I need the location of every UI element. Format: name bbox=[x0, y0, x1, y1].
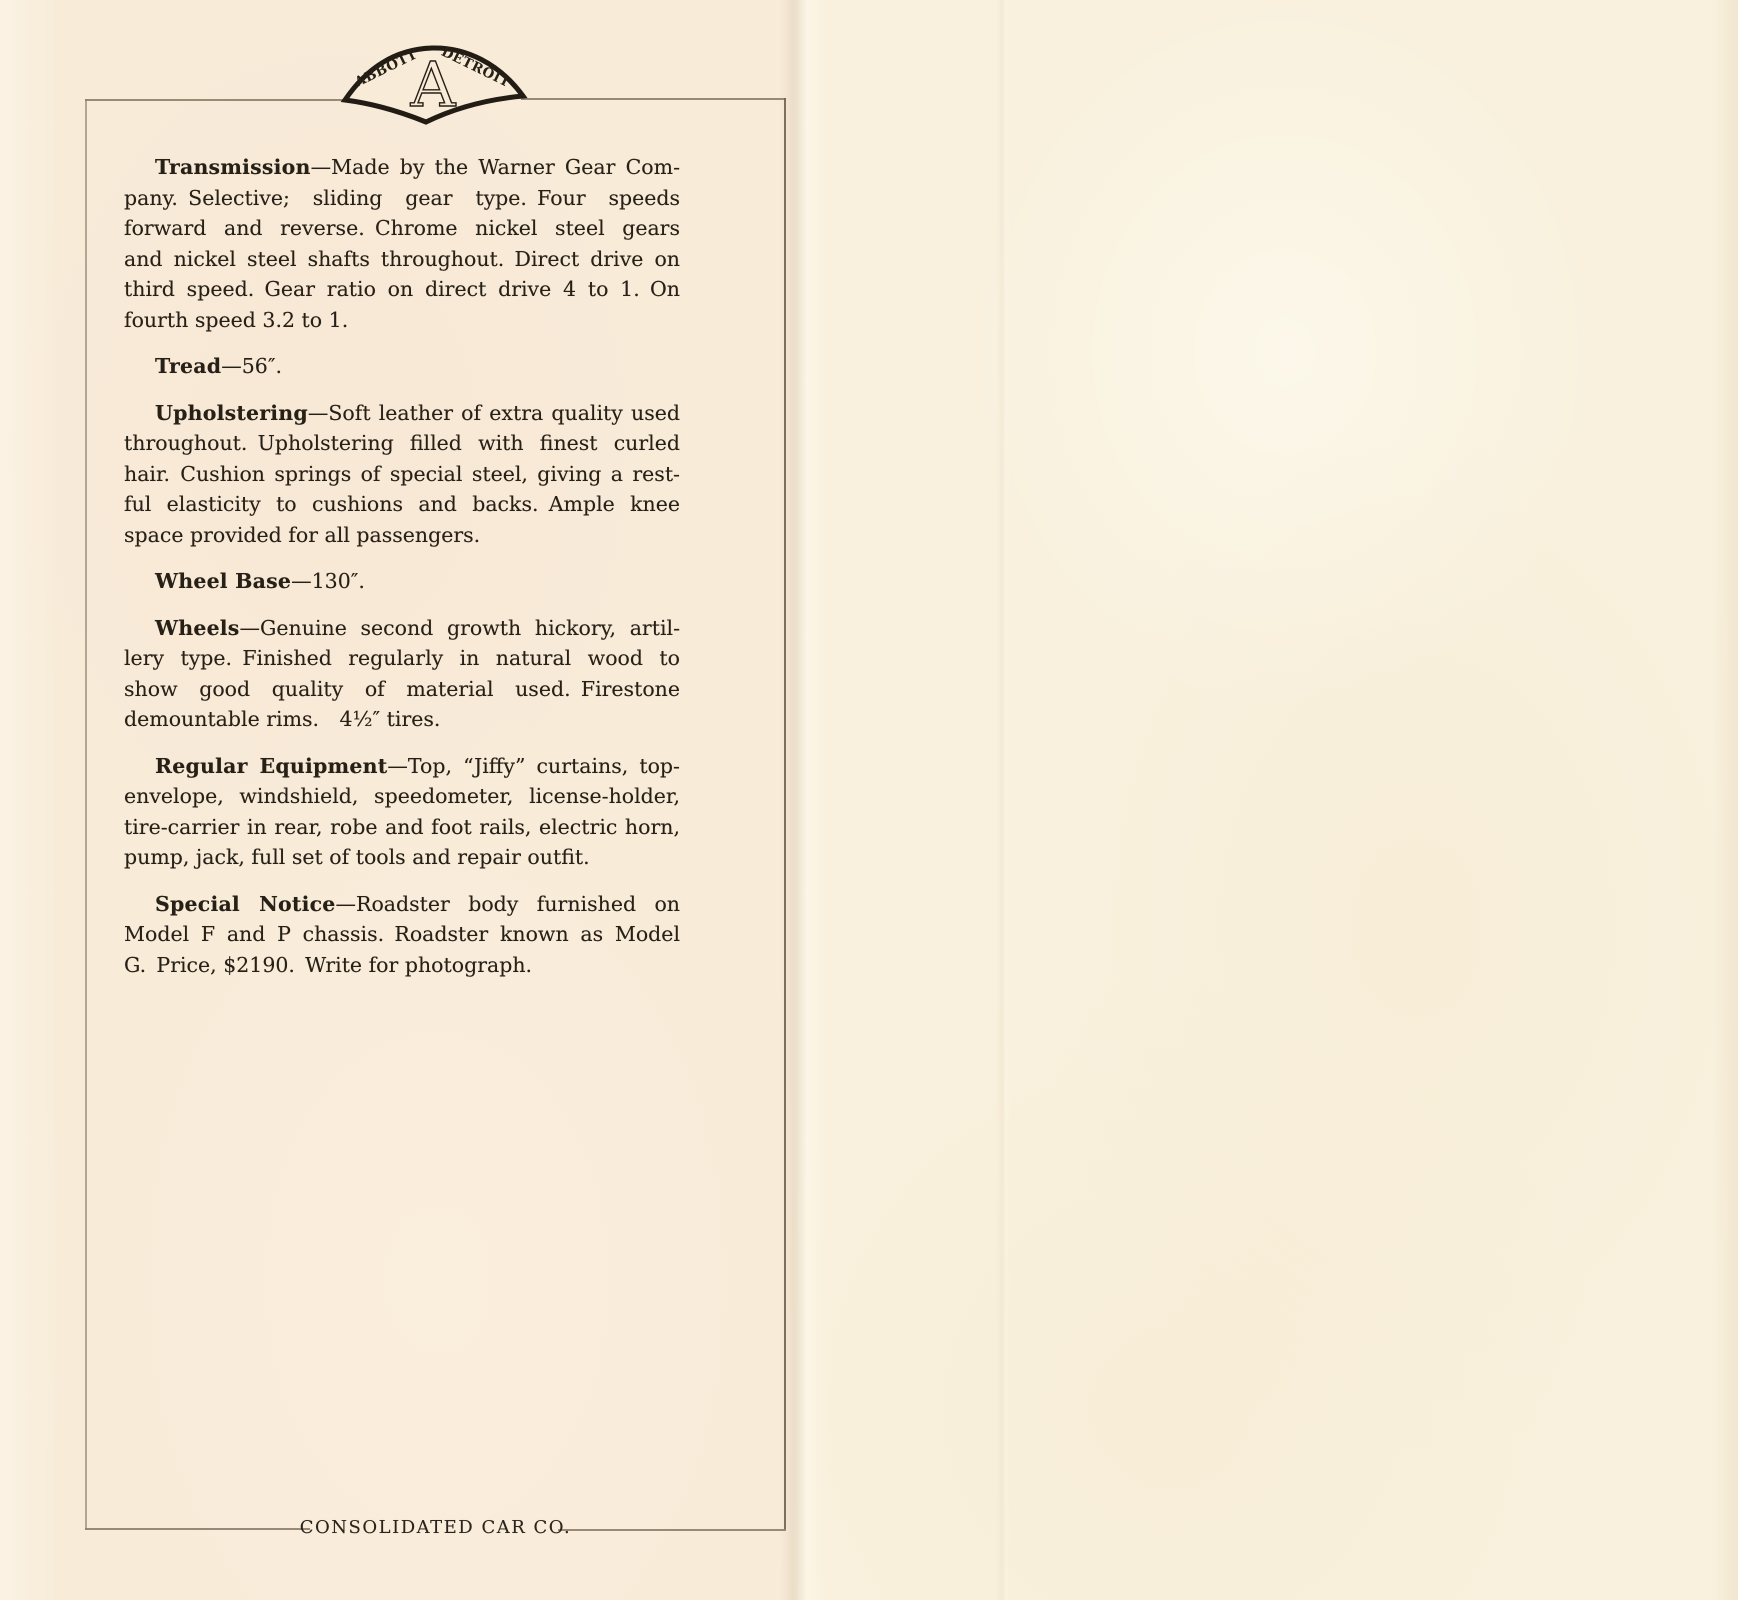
spec-line: throughout. Upholstering filled with fin… bbox=[124, 428, 680, 459]
spec-heading: Wheels bbox=[155, 616, 240, 640]
spec-line: pump, jack, full set of tools and repair… bbox=[124, 842, 680, 873]
abbott-detroit-logo: A ABBOTT DETROIT bbox=[340, 42, 528, 126]
spec-paragraph: Upholstering—Soft leather of extra quali… bbox=[124, 398, 680, 551]
spec-heading: Wheel Base bbox=[155, 569, 291, 593]
frame-rule-left bbox=[85, 99, 87, 1530]
spec-line: demountable rims. 4½″ tires. bbox=[124, 704, 680, 735]
spec-paragraph: Special Notice—Roadster body furnished o… bbox=[124, 889, 680, 981]
frame-rule-top-right bbox=[521, 98, 786, 100]
spec-line: Regular Equipment—Top, “Jiffy” curtains,… bbox=[124, 751, 680, 782]
frame-rule-top-left bbox=[85, 99, 347, 101]
spec-line: envelope, windshield, speedometer, licen… bbox=[124, 781, 680, 812]
spec-line: G. Price, $2190. Write for photograph. bbox=[124, 950, 680, 981]
spec-line: Tread—56″. bbox=[124, 351, 680, 382]
right-page bbox=[794, 0, 1738, 1600]
spec-line: space provided for all passengers. bbox=[124, 520, 680, 551]
spec-line: forward and reverse. Chrome nickel steel… bbox=[124, 213, 680, 244]
spec-line: Model F and P chassis. Roadster known as… bbox=[124, 919, 680, 950]
right-page-crease bbox=[996, 0, 1010, 1600]
page-fold-crease bbox=[780, 0, 826, 1600]
specifications-text: Transmission—Made by the Warner Gear Com… bbox=[124, 152, 680, 996]
spec-heading: Special Notice bbox=[155, 892, 336, 916]
publisher-caption: CONSOLIDATED CAR CO. bbox=[85, 1517, 786, 1538]
spec-heading: Regular Equipment bbox=[155, 754, 387, 778]
spec-line: Wheel Base—130″. bbox=[124, 566, 680, 597]
spec-line: Special Notice—Roadster body furnished o… bbox=[124, 889, 680, 920]
spec-paragraph: Regular Equipment—Top, “Jiffy” curtains,… bbox=[124, 751, 680, 873]
spec-line: ful elasticity to cushions and backs. Am… bbox=[124, 489, 680, 520]
spec-line: lery type. Finished regularly in natural… bbox=[124, 643, 680, 674]
spec-heading: Transmission bbox=[155, 155, 311, 179]
spec-line: hair. Cushion springs of special steel, … bbox=[124, 459, 680, 490]
spec-heading: Upholstering bbox=[155, 401, 308, 425]
spec-paragraph: Wheels—Genuine second growth hickory, ar… bbox=[124, 613, 680, 735]
spec-line: third speed. Gear ratio on direct drive … bbox=[124, 274, 680, 305]
spec-line: tire-carrier in rear, robe and foot rail… bbox=[124, 812, 680, 843]
brochure-scan: A ABBOTT DETROIT Transmission—Made by th… bbox=[0, 0, 1738, 1600]
frame-rule-right bbox=[784, 98, 786, 1530]
spec-line: show good quality of material used. Fire… bbox=[124, 674, 680, 705]
spec-line: Wheels—Genuine second growth hickory, ar… bbox=[124, 613, 680, 644]
spec-line: fourth speed 3.2 to 1. bbox=[124, 305, 680, 336]
spec-paragraph: Transmission—Made by the Warner Gear Com… bbox=[124, 152, 680, 335]
spec-line: pany. Selective; sliding gear type. Four… bbox=[124, 183, 680, 214]
spec-line: Upholstering—Soft leather of extra quali… bbox=[124, 398, 680, 429]
spec-line: Transmission—Made by the Warner Gear Com… bbox=[124, 152, 680, 183]
spec-heading: Tread bbox=[155, 354, 221, 378]
spec-paragraph: Wheel Base—130″. bbox=[124, 566, 680, 597]
spec-paragraph: Tread—56″. bbox=[124, 351, 680, 382]
spec-line: and nickel steel shafts throughout. Dire… bbox=[124, 244, 680, 275]
